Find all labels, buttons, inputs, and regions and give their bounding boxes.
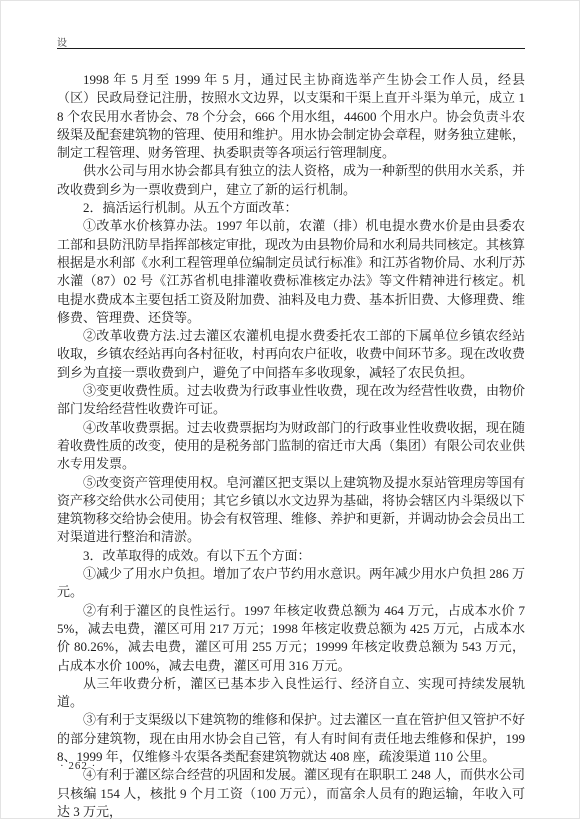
paragraph: 供水公司与用水协会都具有独立的法人资格，成为一种新型的供用水关系，并改收费到乡为…	[57, 162, 525, 199]
document-page: 设 1998 年 5 月至 1999 年 5 月，通过民主协商选举产生协会工作人…	[0, 0, 580, 819]
page-body-text: 1998 年 5 月至 1999 年 5 月，通过民主协商选举产生协会工作人员，…	[57, 71, 525, 819]
paragraph: ④改革收费票据。过去收费票据均为财政部门的行政事业性收费收据，现在随着收费性质的…	[57, 419, 525, 474]
paragraph: ④有利于灌区综合经营的巩固和发展。灌区现有在职职工 248 人，而供水公司只核编…	[57, 766, 525, 819]
paragraph: ③有利于支渠级以下建筑物的维修和保护。过去灌区一直在管护但又管护不好的部分建筑物…	[57, 711, 525, 766]
page-header: 设	[57, 33, 525, 47]
paragraph: ②改革收费方法.过去灌区农灌机电提水费委托农工部的下属单位乡镇农经站收取，乡镇农…	[57, 327, 525, 382]
paragraph: ⑤改变资产管理使用权。皂河灌区把支渠以上建筑物及提水泵站管理房等国有资产移交给供…	[57, 474, 525, 547]
paragraph: 2．搞活运行机制。从五个方面改革：	[57, 199, 525, 217]
paragraph: 从三年收费分析，灌区已基本步入良性运行、经济自立、实现可持续发展轨道。	[57, 675, 525, 712]
paragraph: ③变更收费性质。过去收费为行政事业性收费，现在改为经营性收费，由物价部门发给经营…	[57, 382, 525, 419]
paragraph: ①改革水价核算办法。1997 年以前，农灌（排）机电提水费水价是由县委农工部和县…	[57, 217, 525, 327]
paragraph: ①减少了用水户负担。增加了农户节约用水意识。两年减少用水户负担 286 万元。	[57, 565, 525, 602]
paragraph: 3．改革取得的成效。有以下五个方面：	[57, 547, 525, 565]
paragraph: 1998 年 5 月至 1999 年 5 月，通过民主协商选举产生协会工作人员，…	[57, 71, 525, 162]
header-rule	[57, 48, 525, 49]
paragraph: ②有利于灌区的良性运行。1997 年核定收费总额为 464 万元，占成本水价 7…	[57, 602, 525, 675]
page-number: · 262 ·	[60, 760, 96, 772]
